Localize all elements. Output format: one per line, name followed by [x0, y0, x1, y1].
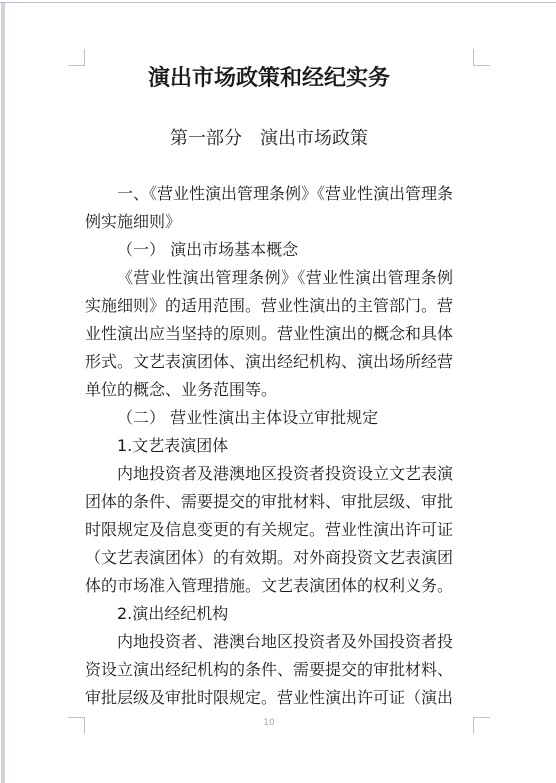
document-page[interactable]: 演出市场政策和经纪实务 第一部分 演出市场政策 一、《营业性演出管理条例》《营业…: [0, 0, 556, 783]
document-body[interactable]: 一、《营业性演出管理条例》《营业性演出管理条例实施细则》 （一） 演出市场基本概…: [85, 180, 453, 712]
heading-art-troupes[interactable]: 1.文艺表演团体: [85, 432, 453, 460]
margin-mark-bottom-right-icon: [473, 717, 490, 734]
heading-approval-rules[interactable]: （二） 营业性演出主体设立审批规定: [85, 404, 453, 432]
app-window-left-edge: [1, 3, 5, 783]
text-column[interactable]: 演出市场政策和经纪实务 第一部分 演出市场政策 一、《营业性演出管理条例》《营业…: [85, 0, 453, 712]
document-title[interactable]: 演出市场政策和经纪实务: [85, 62, 453, 94]
heading-regulations[interactable]: 一、《营业性演出管理条例》《营业性演出管理条例实施细则》: [85, 180, 453, 236]
page-number: 10: [85, 718, 453, 728]
paragraph-art-troupes[interactable]: 内地投资者及港澳地区投资者投资设立文艺表演团体的条件、需要提交的审批材料、审批层…: [85, 460, 453, 600]
section-heading[interactable]: 第一部分 演出市场政策: [85, 124, 453, 154]
margin-mark-top-left-icon: [68, 49, 85, 66]
margin-mark-bottom-left-icon: [68, 717, 85, 734]
heading-performance-agencies[interactable]: 2.演出经纪机构: [85, 600, 453, 628]
heading-basic-concepts[interactable]: （一） 演出市场基本概念: [85, 236, 453, 264]
margin-mark-top-right-icon: [473, 49, 490, 66]
paragraph-performance-agencies[interactable]: 内地投资者、港澳台地区投资者及外国投资者投资设立演出经纪机构的条件、需要提交的审…: [85, 628, 453, 712]
app-window-top-border: [0, 2, 556, 3]
paragraph-scope[interactable]: 《营业性演出管理条例》《营业性演出管理条例实施细则》的适用范围。营业性演出的主管…: [85, 264, 453, 404]
